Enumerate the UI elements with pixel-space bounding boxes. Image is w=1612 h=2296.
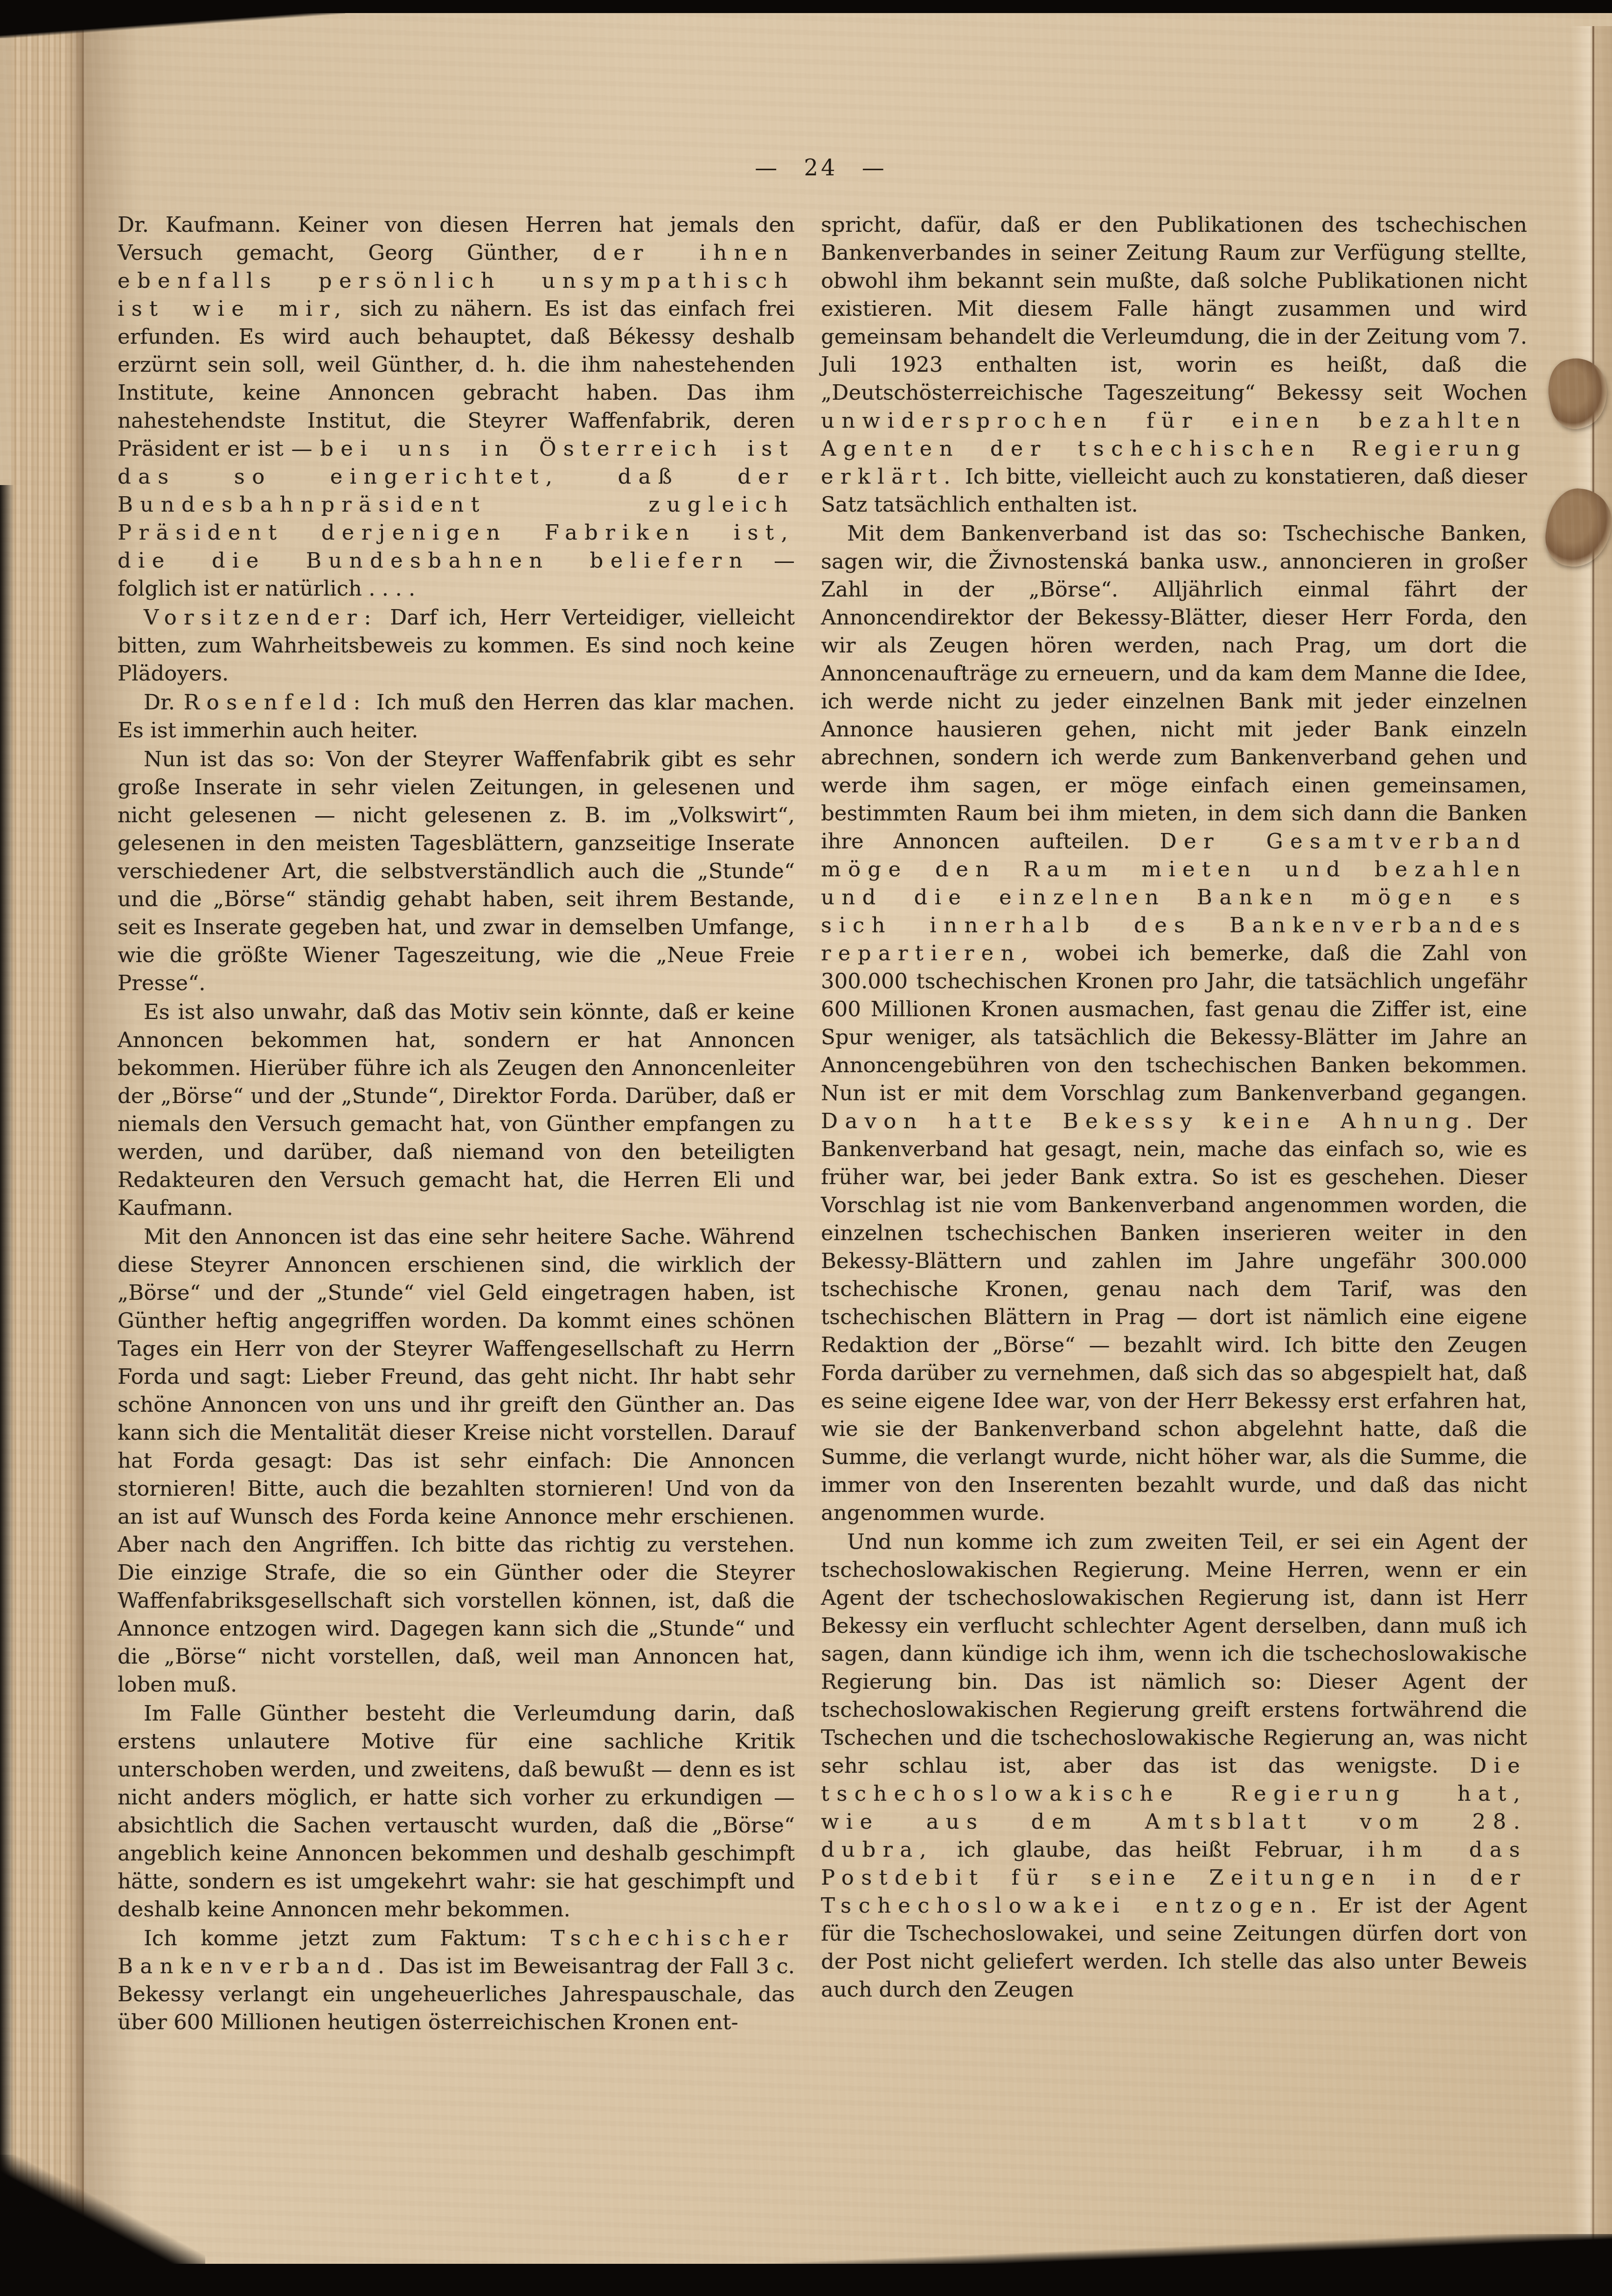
paragraph: Und nun komme ich zum zweiten Teil, er s… [821,1528,1527,2004]
paragraph: Dr. Rosenfeld: Ich muß den Herren das kl… [118,688,795,744]
paragraph: Im Falle Günther besteht die Verleumdung… [118,1699,795,1923]
text-run: spricht, dafür, daß er den Publikationen… [821,212,1527,405]
text-run: Es ist also unwahr, daß das Motiv sein k… [118,999,795,1220]
text-run: Nun ist das so: Von der Steyrer Waffenfa… [118,747,795,995]
emphasized-text: Rosenfeld: [184,690,368,714]
paragraph: Mit dem Bankenverband ist das so: Tschec… [821,520,1527,1527]
scan-background-bottom [0,2234,1612,2296]
page-number: — 24 — [117,155,1525,181]
paragraph: Ich komme jetzt zum Faktum: Tschechische… [118,1924,795,2036]
text-run: Und nun komme ich zum zweiten Teil, er s… [821,1529,1527,1778]
torn-paper-edge [11,13,84,2264]
text-run: Mit den Annoncen ist das eine sehr heite… [118,1224,795,1697]
text-run: Ich komme jetzt zum Faktum: [144,1926,550,1950]
text-run: ich glaube, das heißt Februar, [933,1837,1368,1862]
scan-background-edge [0,485,14,2264]
emphasized-text: Davon hatte Bekessy keine Ahnung. [821,1109,1480,1133]
paragraph: Dr. Kaufmann. Keiner von diesen Herren h… [118,211,795,603]
text-run: Der Bankenverband hat gesagt, nein, mach… [821,1109,1527,1525]
paragraph: Mit den Annoncen ist das eine sehr heite… [118,1223,795,1699]
paragraph: Es ist also unwahr, daß das Motiv sein k… [118,998,795,1222]
paragraph: spricht, dafür, daß er den Publikationen… [821,211,1527,519]
left-column: Dr. Kaufmann. Keiner von diesen Herren h… [118,211,795,2036]
emphasized-text: Vorsitzender: [144,605,378,630]
next-page-edge [1594,26,1612,2277]
paragraph: Nun ist das so: Von der Steyrer Waffenfa… [118,745,795,997]
text-run: Im Falle Günther besteht die Verleumdung… [118,1701,795,1921]
text-run: Dr. [144,690,184,714]
text-run: Mit dem Bankenverband ist das so: Tschec… [821,521,1527,853]
paragraph: Vorsitzender: Darf ich, Herr Verteidiger… [118,603,795,687]
text-columns: Dr. Kaufmann. Keiner von diesen Herren h… [118,211,1527,2036]
right-column: spricht, dafür, daß er den Publikationen… [821,211,1527,2036]
scan-background-corner [0,13,345,38]
